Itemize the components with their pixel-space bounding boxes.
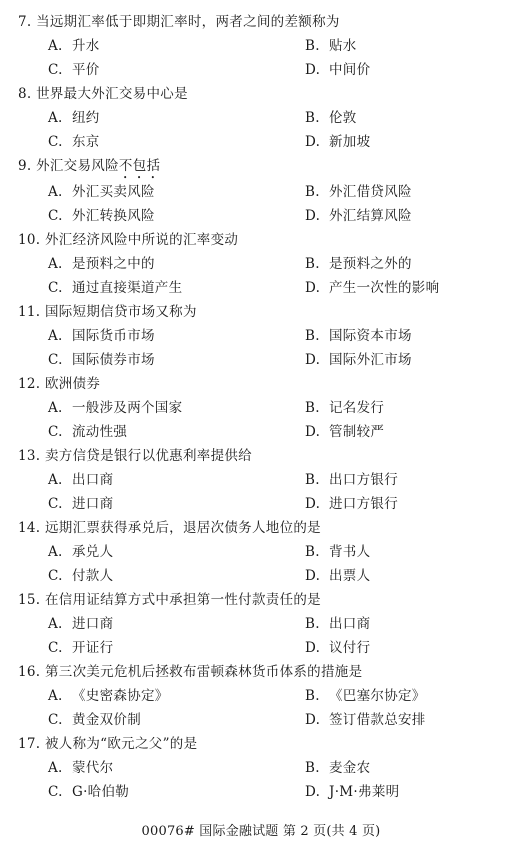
option-text: 承兑人 (72, 544, 113, 560)
option-text: 一般涉及两个国家 (72, 400, 182, 416)
question-text: 在信用证结算方式中承担第一性付款责任的是 (45, 592, 321, 608)
option-text: 国际外汇市场 (329, 352, 412, 368)
option-text: 出口商 (329, 616, 370, 632)
question-13-option-c: C.进口商 (48, 492, 298, 516)
option-label: D. (305, 204, 329, 228)
option-label: D. (305, 420, 329, 444)
option-text: 是预料之外的 (329, 256, 412, 272)
option-text: 外汇结算风险 (329, 208, 412, 224)
question-10-option-c: C.通过直接渠道产生 (48, 276, 298, 300)
option-label: C. (48, 492, 72, 516)
option-text: 出票人 (329, 568, 370, 584)
question-number: 11. (18, 300, 40, 324)
question-12-option-d: D.管制较严 (305, 420, 515, 444)
option-text: 是预料之中的 (72, 256, 155, 272)
option-label: D. (305, 58, 329, 82)
question-11-stem: 11. 国际短期信贷市场又称为 (18, 300, 508, 324)
question-17-option-d: D.J·M·弗莱明 (305, 780, 515, 804)
option-label: C. (48, 204, 72, 228)
question-10-option-d: D.产生一次性的影响 (305, 276, 515, 300)
option-text: 进口商 (72, 616, 113, 632)
question-15-option-b: B.出口商 (305, 612, 515, 636)
option-text: 进口方银行 (329, 496, 398, 512)
question-number: 7. (18, 10, 31, 34)
option-label: C. (48, 348, 72, 372)
option-text: 外汇借贷风险 (329, 184, 412, 200)
question-7-stem: 7. 当远期汇率低于即期汇率时，两者之间的差额称为 (18, 10, 508, 34)
question-number: 17. (18, 732, 40, 756)
question-text: 国际短期信贷市场又称为 (45, 304, 197, 320)
option-label: A. (48, 468, 72, 492)
question-14-stem: 14. 远期汇票获得承兑后，退居次债务人地位的是 (18, 516, 508, 540)
question-text: 被人称为“欧元之父”的是 (45, 736, 197, 752)
option-label: C. (48, 708, 72, 732)
question-number: 14. (18, 516, 40, 540)
question-12-option-a: A.一般涉及两个国家 (48, 396, 298, 420)
question-15-option-c: C.开证行 (48, 636, 298, 660)
question-number: 12. (18, 372, 40, 396)
question-text: 外汇交易风险 (36, 158, 119, 174)
option-label: A. (48, 396, 72, 420)
option-label: C. (48, 58, 72, 82)
question-text: 世界最大外汇交易中心是 (36, 86, 188, 102)
option-text: 东京 (72, 134, 100, 150)
emphasized-text: 不包括 (119, 158, 160, 174)
option-text: 外汇买卖风险 (72, 184, 155, 200)
option-text: 国际货币市场 (72, 328, 155, 344)
question-14-option-a: A.承兑人 (48, 540, 298, 564)
option-text: 《巴塞尔协定》 (329, 688, 426, 704)
question-11-option-d: D.国际外汇市场 (305, 348, 515, 372)
question-9-option-b: B.外汇借贷风险 (305, 180, 515, 204)
option-text: 签订借款总安排 (329, 712, 426, 728)
question-16-option-c: C.黄金双价制 (48, 708, 298, 732)
question-15-stem: 15. 在信用证结算方式中承担第一性付款责任的是 (18, 588, 508, 612)
question-12-option-b: B.记名发行 (305, 396, 515, 420)
question-14-option-d: D.出票人 (305, 564, 515, 588)
question-text: 卖方信贷是银行以优惠利率提供给 (45, 448, 252, 464)
option-text: 外汇转换风险 (72, 208, 155, 224)
option-label: D. (305, 348, 329, 372)
option-label: A. (48, 612, 72, 636)
option-label: B. (305, 684, 329, 708)
option-label: B. (305, 34, 329, 58)
question-10-option-b: B.是预料之外的 (305, 252, 515, 276)
option-text: 纽约 (72, 110, 100, 126)
option-label: A. (48, 34, 72, 58)
option-label: C. (48, 276, 72, 300)
question-number: 10. (18, 228, 40, 252)
question-8-option-c: C.东京 (48, 130, 298, 154)
question-17-option-a: A.蒙代尔 (48, 756, 298, 780)
option-label: B. (305, 252, 329, 276)
option-label: B. (305, 756, 329, 780)
option-label: C. (48, 780, 72, 804)
question-10-stem: 10. 外汇经济风险中所说的汇率变动 (18, 228, 508, 252)
option-text: 议付行 (329, 640, 370, 656)
option-label: C. (48, 564, 72, 588)
option-label: D. (305, 276, 329, 300)
question-14-option-c: C.付款人 (48, 564, 298, 588)
question-11-option-c: C.国际债券市场 (48, 348, 298, 372)
option-text: 蒙代尔 (72, 760, 113, 776)
question-12-option-c: C.流动性强 (48, 420, 298, 444)
question-text: 第三次美元危机后拯救布雷顿森林货币体系的措施是 (45, 664, 362, 680)
option-label: D. (305, 130, 329, 154)
option-label: A. (48, 756, 72, 780)
question-11-option-a: A.国际货币市场 (48, 324, 298, 348)
option-label: D. (305, 708, 329, 732)
page-footer: 00076# 国际金融试题 第 2 页(共 4 页) (0, 820, 522, 844)
question-8-stem: 8. 世界最大外汇交易中心是 (18, 82, 508, 106)
option-text: 管制较严 (329, 424, 384, 440)
question-8-option-d: D.新加坡 (305, 130, 515, 154)
question-11-option-b: B.国际资本市场 (305, 324, 515, 348)
option-label: B. (305, 180, 329, 204)
question-number: 15. (18, 588, 40, 612)
question-14-option-b: B.背书人 (305, 540, 515, 564)
option-text: 流动性强 (72, 424, 127, 440)
option-text: 《史密森协定》 (72, 688, 169, 704)
option-label: D. (305, 564, 329, 588)
option-label: C. (48, 130, 72, 154)
option-label: C. (48, 420, 72, 444)
option-text: 中间价 (329, 62, 370, 78)
option-text: 进口商 (72, 496, 113, 512)
option-label: C. (48, 636, 72, 660)
exam-page: 7. 当远期汇率低于即期汇率时，两者之间的差额称为 A.升水 B.贴水 C.平价… (0, 0, 522, 857)
option-label: B. (305, 396, 329, 420)
question-number: 8. (18, 82, 31, 106)
option-text: 平价 (72, 62, 100, 78)
option-text: 出口方银行 (329, 472, 398, 488)
question-9-stem: 9. 外汇交易风险不包括 (18, 154, 508, 178)
option-text: 记名发行 (329, 400, 384, 416)
option-text: 伦敦 (329, 110, 357, 126)
question-7-option-a: A.升水 (48, 34, 298, 58)
question-9-option-c: C.外汇转换风险 (48, 204, 298, 228)
option-text: 麦金农 (329, 760, 370, 776)
question-9-option-a: A.外汇买卖风险 (48, 180, 298, 204)
option-text: 新加坡 (329, 134, 370, 150)
option-text: 国际债券市场 (72, 352, 155, 368)
option-label: B. (305, 540, 329, 564)
option-label: B. (305, 468, 329, 492)
question-13-stem: 13. 卖方信贷是银行以优惠利率提供给 (18, 444, 508, 468)
question-7-option-d: D.中间价 (305, 58, 515, 82)
question-7-option-b: B.贴水 (305, 34, 515, 58)
option-label: D. (305, 636, 329, 660)
option-label: D. (305, 780, 329, 804)
question-text: 当远期汇率低于即期汇率时，两者之间的差额称为 (36, 14, 340, 30)
option-label: A. (48, 180, 72, 204)
question-17-option-b: B.麦金农 (305, 756, 515, 780)
option-text: 背书人 (329, 544, 370, 560)
option-label: B. (305, 324, 329, 348)
question-text: 外汇经济风险中所说的汇率变动 (45, 232, 238, 248)
question-13-option-a: A.出口商 (48, 468, 298, 492)
option-label: D. (305, 492, 329, 516)
question-16-option-b: B.《巴塞尔协定》 (305, 684, 515, 708)
question-8-option-a: A.纽约 (48, 106, 298, 130)
option-text: 黄金双价制 (72, 712, 141, 728)
question-15-option-d: D.议付行 (305, 636, 515, 660)
option-label: A. (48, 252, 72, 276)
question-7-option-c: C.平价 (48, 58, 298, 82)
question-13-option-b: B.出口方银行 (305, 468, 515, 492)
question-13-option-d: D.进口方银行 (305, 492, 515, 516)
option-label: A. (48, 540, 72, 564)
question-10-option-a: A.是预料之中的 (48, 252, 298, 276)
question-17-stem: 17. 被人称为“欧元之父”的是 (18, 732, 508, 756)
option-label: B. (305, 612, 329, 636)
question-16-option-d: D.签订借款总安排 (305, 708, 515, 732)
option-text: 升水 (72, 38, 100, 54)
option-text: 国际资本市场 (329, 328, 412, 344)
question-17-option-c: C.G·哈伯勒 (48, 780, 298, 804)
question-number: 9. (18, 154, 31, 178)
question-16-option-a: A.《史密森协定》 (48, 684, 298, 708)
question-15-option-a: A.进口商 (48, 612, 298, 636)
option-text: 开证行 (72, 640, 113, 656)
option-text: J·M·弗莱明 (329, 784, 399, 800)
option-text: 贴水 (329, 38, 357, 54)
option-text: 出口商 (72, 472, 113, 488)
question-number: 13. (18, 444, 40, 468)
question-text: 欧洲债券 (45, 376, 100, 392)
option-text: 通过直接渠道产生 (72, 280, 182, 296)
question-16-stem: 16. 第三次美元危机后拯救布雷顿森林货币体系的措施是 (18, 660, 508, 684)
option-text: G·哈伯勒 (72, 784, 129, 800)
option-label: A. (48, 684, 72, 708)
option-text: 付款人 (72, 568, 113, 584)
option-label: A. (48, 106, 72, 130)
question-8-option-b: B.伦敦 (305, 106, 515, 130)
question-12-stem: 12. 欧洲债券 (18, 372, 508, 396)
option-label: A. (48, 324, 72, 348)
question-text: 远期汇票获得承兑后，退居次债务人地位的是 (45, 520, 321, 536)
question-9-option-d: D.外汇结算风险 (305, 204, 515, 228)
question-number: 16. (18, 660, 40, 684)
option-text: 产生一次性的影响 (329, 280, 439, 296)
option-label: B. (305, 106, 329, 130)
